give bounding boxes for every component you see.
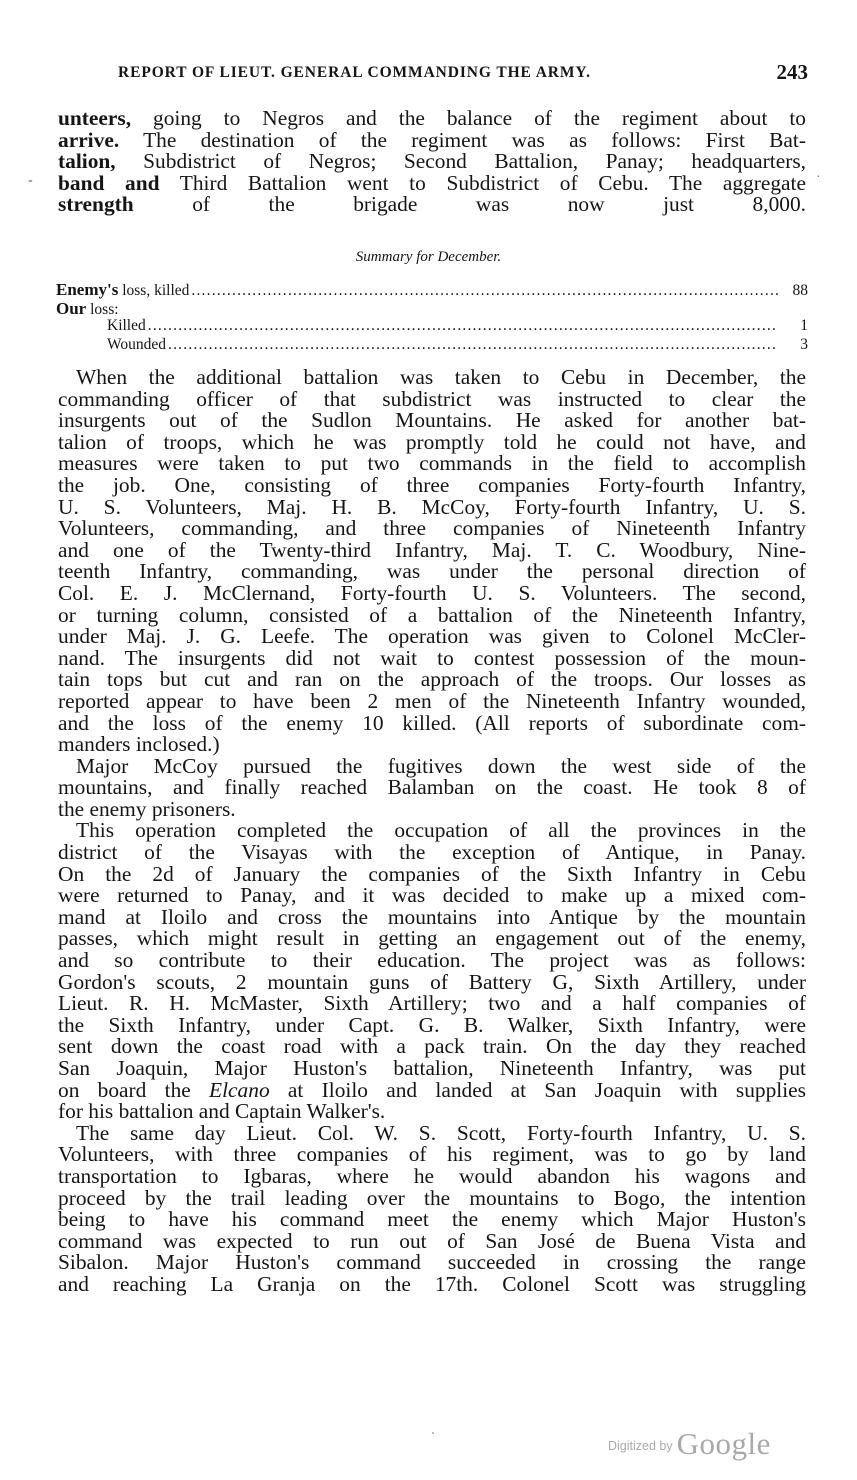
digitized-watermark: Digitized by Google bbox=[608, 1426, 771, 1462]
page-number: 243 bbox=[777, 60, 809, 85]
summary-row: Wounded.................................… bbox=[56, 336, 808, 355]
text-line: Volunteers, with three companies of his … bbox=[58, 1144, 806, 1166]
text-segment: transportation to Igbaras, where he woul… bbox=[58, 1164, 806, 1188]
summary-row: Killed..................................… bbox=[56, 317, 808, 336]
text-segment: On the 2d of January the companies of th… bbox=[58, 862, 806, 886]
text-segment: nand. The insurgents did not wait to con… bbox=[58, 646, 806, 670]
text-segment: and the loss of the enemy 10 killed. (Al… bbox=[58, 711, 806, 735]
text-segment: Col. E. J. McClernand, Forty-fourth U. S… bbox=[58, 581, 806, 605]
text-segment: Third Battalion went to Subdistrict of C… bbox=[160, 171, 806, 195]
text-segment: Volunteers, with three companies of his … bbox=[58, 1142, 806, 1166]
text-segment: being to have his command meet the enemy… bbox=[58, 1207, 806, 1231]
text-segment: This operation completed the occupation … bbox=[76, 818, 806, 842]
text-line: reported appear to have been 2 men of th… bbox=[58, 691, 806, 713]
text-line: passes, which might result in getting an… bbox=[58, 928, 806, 950]
text-segment: Volunteers, commanding, and three compan… bbox=[58, 516, 806, 540]
text-segment: command was expected to run out of San J… bbox=[58, 1229, 806, 1253]
text-segment: When the additional battalion was taken … bbox=[76, 365, 806, 389]
text-segment: San Joaquin, Major Huston's battalion, N… bbox=[58, 1056, 806, 1080]
text-segment: going to Negros and the balance of the r… bbox=[131, 106, 806, 130]
text-line: manders inclosed.) bbox=[58, 734, 806, 756]
text-line: being to have his command meet the enemy… bbox=[58, 1209, 806, 1231]
text-line: On the 2d of January the companies of th… bbox=[58, 864, 806, 886]
text-line: transportation to Igbaras, where he woul… bbox=[58, 1166, 806, 1188]
main-text: When the additional battalion was taken … bbox=[58, 367, 806, 1296]
text-line: or turning column, consisted of a battal… bbox=[58, 605, 806, 627]
text-line: Major McCoy pursued the fugitives down t… bbox=[58, 756, 806, 778]
text-line: and the loss of the enemy 10 killed. (Al… bbox=[58, 713, 806, 735]
scanned-page: REPORT OF LIEUT. GENERAL COMMANDING THE … bbox=[0, 0, 857, 1480]
margin-mark: - bbox=[28, 173, 33, 189]
summary-row: Our loss: bbox=[56, 299, 808, 318]
text-segment: The same day Lieut. Col. W. S. Scott, Fo… bbox=[76, 1121, 806, 1145]
bold-lead-word: strength bbox=[58, 192, 134, 216]
dot-leader: ........................................… bbox=[168, 336, 778, 354]
text-segment: at Iloilo and landed at San Joaquin with… bbox=[270, 1078, 806, 1102]
running-header: REPORT OF LIEUT. GENERAL COMMANDING THE … bbox=[118, 62, 808, 86]
text-segment: the Sixth Infantry, under Capt. G. B. Wa… bbox=[58, 1013, 806, 1037]
text-line: commanding officer of that subdistrict w… bbox=[58, 389, 806, 411]
ship-name-italic: Elcano bbox=[209, 1078, 270, 1102]
text-segment: The destination of the regiment was as f… bbox=[119, 128, 806, 152]
text-segment: passes, which might result in getting an… bbox=[58, 926, 806, 950]
text-line: Volunteers, commanding, and three compan… bbox=[58, 518, 806, 540]
text-segment: the job. One, consisting of three compan… bbox=[58, 473, 806, 497]
text-line: Lieut. R. H. McMaster, Sixth Artillery; … bbox=[58, 993, 806, 1015]
text-segment: under Maj. J. G. Leefe. The operation wa… bbox=[58, 624, 806, 648]
text-segment: sent down the coast road with a pack tra… bbox=[58, 1034, 806, 1058]
text-segment: reported appear to have been 2 men of th… bbox=[58, 689, 806, 713]
bold-lead-word: Enemy's bbox=[56, 280, 118, 299]
summary-label: Killed bbox=[56, 317, 148, 335]
text-line: for his battalion and Captain Walker's. bbox=[58, 1101, 806, 1123]
text-line: unteers, going to Negros and the balance… bbox=[58, 108, 806, 130]
text-line: Sibalon. Major Huston's command succeede… bbox=[58, 1252, 806, 1274]
watermark-prefix: Digitized by bbox=[608, 1439, 673, 1453]
text-segment: Sibalon. Major Huston's command succeede… bbox=[58, 1250, 806, 1274]
text-line: mand at Iloilo and cross the mountains i… bbox=[58, 907, 806, 929]
text-line: mountains, and finally reached Balamban … bbox=[58, 777, 806, 799]
label-text: Killed bbox=[107, 317, 146, 334]
text-segment: Major McCoy pursued the fugitives down t… bbox=[76, 754, 806, 778]
summary-label: Enemy's loss, killed bbox=[56, 280, 191, 300]
summary-label: Our loss: bbox=[56, 299, 121, 319]
text-segment: or turning column, consisted of a battal… bbox=[58, 603, 806, 627]
bold-lead-word: arrive. bbox=[58, 128, 119, 152]
text-line: under Maj. J. G. Leefe. The operation wa… bbox=[58, 626, 806, 648]
text-line: nand. The insurgents did not wait to con… bbox=[58, 648, 806, 670]
running-title: REPORT OF LIEUT. GENERAL COMMANDING THE … bbox=[118, 64, 591, 82]
text-segment: talion of troops, which he was promptly … bbox=[58, 430, 806, 454]
text-line: and one of the Twenty-third Infantry, Ma… bbox=[58, 540, 806, 562]
text-segment: mountains, and finally reached Balamban … bbox=[58, 775, 806, 799]
paragraph-continuation: unteers, going to Negros and the balance… bbox=[58, 108, 806, 216]
text-segment: Lieut. R. H. McMaster, Sixth Artillery; … bbox=[58, 991, 806, 1015]
text-line: Gordon's scouts, 2 mountain guns of Batt… bbox=[58, 972, 806, 994]
text-line: The same day Lieut. Col. W. S. Scott, Fo… bbox=[58, 1123, 806, 1145]
text-segment: the enemy prisoners. bbox=[58, 797, 236, 821]
bold-lead-word: band and bbox=[58, 171, 160, 195]
text-line: and reaching La Granja on the 17th. Colo… bbox=[58, 1274, 806, 1296]
text-segment: insurgents out of the Sudlon Mountains. … bbox=[58, 408, 806, 432]
text-segment: Gordon's scouts, 2 mountain guns of Batt… bbox=[58, 970, 806, 994]
text-line: on board the Elcano at Iloilo and landed… bbox=[58, 1080, 806, 1102]
text-segment: for his battalion and Captain Walker's. bbox=[58, 1099, 385, 1123]
dot-leader: ........................................… bbox=[191, 282, 778, 300]
margin-mark: · bbox=[816, 170, 821, 186]
text-line: band and Third Battalion went to Subdist… bbox=[58, 173, 806, 195]
text-line: strength of the brigade was now just 8,0… bbox=[58, 194, 806, 216]
text-segment: and so contribute to their education. Th… bbox=[58, 948, 806, 972]
text-segment: and one of the Twenty-third Infantry, Ma… bbox=[58, 538, 806, 562]
text-segment: were returned to Panay, and it was decid… bbox=[58, 883, 806, 907]
text-segment: tain tops but cut and ran on the approac… bbox=[58, 667, 806, 691]
text-segment: proceed by the trail leading over the mo… bbox=[58, 1186, 806, 1210]
summary-row: Enemy's loss, killed....................… bbox=[56, 280, 808, 299]
text-line: district of the Visayas with the excepti… bbox=[58, 842, 806, 864]
bold-lead-word: Our bbox=[56, 299, 86, 318]
text-line: tain tops but cut and ran on the approac… bbox=[58, 669, 806, 691]
text-segment: teenth Infantry, commanding, was under t… bbox=[58, 559, 806, 583]
text-segment: on board the bbox=[58, 1078, 209, 1102]
text-segment: district of the Visayas with the excepti… bbox=[58, 840, 806, 864]
text-line: arrive. The destination of the regiment … bbox=[58, 130, 806, 152]
summary-value: 1 bbox=[778, 317, 808, 335]
text-line: U. S. Volunteers, Maj. H. B. McCoy, Fort… bbox=[58, 497, 806, 519]
text-line: were returned to Panay, and it was decid… bbox=[58, 885, 806, 907]
text-line: This operation completed the occupation … bbox=[58, 820, 806, 842]
text-segment: measures were taken to put two commands … bbox=[58, 451, 806, 475]
text-line: talion, Subdistrict of Negros; Second Ba… bbox=[58, 151, 806, 173]
dot-leader: ........................................… bbox=[148, 317, 778, 335]
text-segment: manders inclosed.) bbox=[58, 732, 220, 756]
text-segment: commanding officer of that subdistrict w… bbox=[58, 387, 806, 411]
text-line: teenth Infantry, commanding, was under t… bbox=[58, 561, 806, 583]
label-text: loss: bbox=[86, 301, 118, 318]
summary-table: Enemy's loss, killed....................… bbox=[56, 280, 808, 354]
text-segment: mand at Iloilo and cross the mountains i… bbox=[58, 905, 806, 929]
text-line: proceed by the trail leading over the mo… bbox=[58, 1188, 806, 1210]
bold-lead-word: unteers, bbox=[58, 106, 131, 130]
scan-speck bbox=[432, 1432, 434, 1434]
summary-value: 3 bbox=[778, 336, 808, 354]
text-line: and so contribute to their education. Th… bbox=[58, 950, 806, 972]
text-line: insurgents out of the Sudlon Mountains. … bbox=[58, 410, 806, 432]
text-line: the job. One, consisting of three compan… bbox=[58, 475, 806, 497]
text-line: talion of troops, which he was promptly … bbox=[58, 432, 806, 454]
text-line: sent down the coast road with a pack tra… bbox=[58, 1036, 806, 1058]
text-segment: and reaching La Granja on the 17th. Colo… bbox=[58, 1272, 806, 1296]
text-line: the Sixth Infantry, under Capt. G. B. Wa… bbox=[58, 1015, 806, 1037]
text-line: command was expected to run out of San J… bbox=[58, 1231, 806, 1253]
text-segment: Subdistrict of Negros; Second Battalion,… bbox=[116, 149, 806, 173]
label-text: loss, killed bbox=[118, 282, 189, 299]
text-line: the enemy prisoners. bbox=[58, 799, 806, 821]
summary-title: Summary for December. bbox=[0, 249, 857, 266]
text-line: San Joaquin, Major Huston's battalion, N… bbox=[58, 1058, 806, 1080]
label-text: Wounded bbox=[107, 336, 166, 353]
summary-label: Wounded bbox=[56, 336, 168, 354]
text-line: When the additional battalion was taken … bbox=[58, 367, 806, 389]
bold-lead-word: talion, bbox=[58, 149, 116, 173]
text-segment: of the brigade was now just 8,000. bbox=[134, 192, 806, 216]
summary-value: 88 bbox=[778, 282, 808, 300]
text-line: measures were taken to put two commands … bbox=[58, 453, 806, 475]
text-line: Col. E. J. McClernand, Forty-fourth U. S… bbox=[58, 583, 806, 605]
google-logo-text: Google bbox=[677, 1426, 771, 1461]
text-segment: U. S. Volunteers, Maj. H. B. McCoy, Fort… bbox=[58, 495, 806, 519]
